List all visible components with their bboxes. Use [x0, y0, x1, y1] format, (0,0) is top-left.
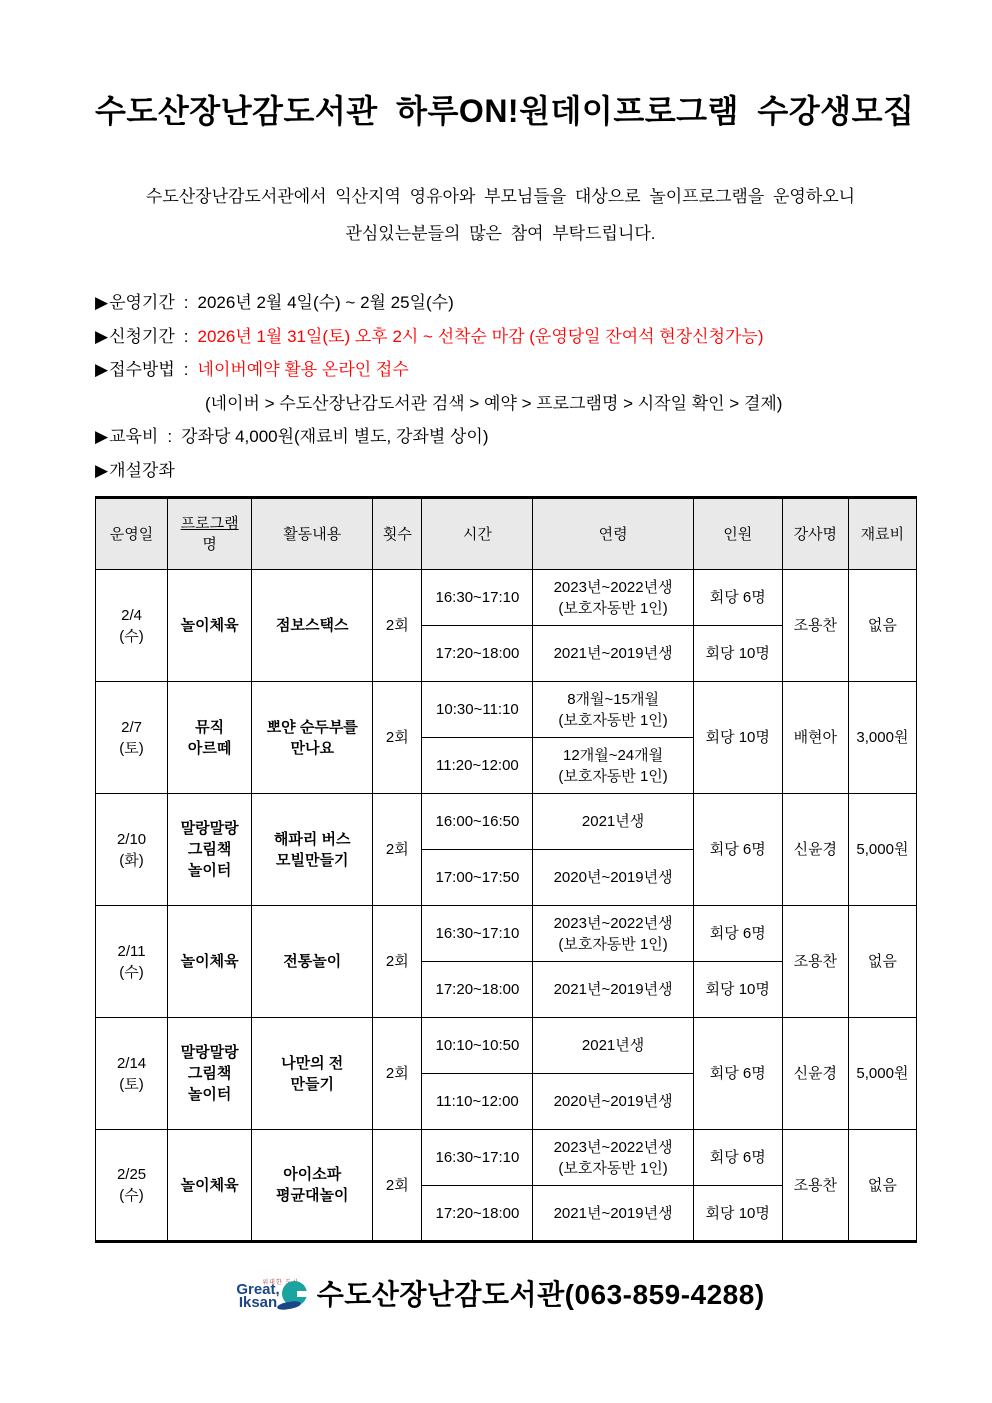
table-row: 2/25 (수) 놀이체육 아이소파 평균대놀이 2회 16:30~17:10 … [96, 1130, 917, 1186]
header-count: 횟수 [373, 498, 422, 570]
cell-teacher: 배현아 [782, 682, 848, 794]
table-row: 2/14 (토) 말랑말랑 그림책 놀이터 나만의 전 만들기 2회 10:10… [96, 1018, 917, 1074]
cell-date: 2/7 (토) [96, 682, 168, 794]
cell-date: 2/11 (수) [96, 906, 168, 1018]
cell-activity: 전통놀이 [252, 906, 373, 1018]
cell-fee: 5,000원 [848, 794, 916, 906]
separator: : [184, 293, 189, 312]
info-line-application-period: ▶신청기간:2026년 1월 31일(토) 오후 2시 ~ 선착순 마감 (운영… [95, 320, 906, 354]
bullet-triangle-icon: ▶ [95, 427, 108, 446]
cell-teacher: 조용찬 [782, 570, 848, 682]
cell-age: 2021년~2019년생 [533, 1186, 693, 1242]
cell-capacity: 회당 6명 [693, 1130, 782, 1186]
logo-line2: Iksan [239, 1294, 277, 1311]
table-header-row: 운영일 프로그램명 활동내용 횟수 시간 연령 인원 강사명 재료비 [96, 498, 917, 570]
cell-age: 2023년~2022년생 (보호자동반 1인) [533, 906, 693, 962]
separator: : [184, 327, 189, 346]
cell-time: 16:30~17:10 [422, 570, 533, 626]
cell-count: 2회 [373, 906, 422, 1018]
cell-age: 2023년~2022년생 (보호자동반 1인) [533, 570, 693, 626]
library-phone: (063-859-4288) [565, 1279, 765, 1310]
naver-booking-steps-note: (네이버 > 수도산장난감도서관 검색 > 예약 > 프로그램명 > 시작일 확… [205, 387, 906, 421]
cell-capacity: 회당 10명 [693, 1186, 782, 1242]
cell-age: 2020년~2019년생 [533, 850, 693, 906]
table-row: 2/10 (화) 말랑말랑 그림책 놀이터 해파리 버스 모빌만들기 2회 16… [96, 794, 917, 850]
cell-capacity: 회당 6명 [693, 570, 782, 626]
header-fee: 재료비 [848, 498, 916, 570]
library-name-and-phone: 수도산장난감도서관(063-859-4288) [317, 1273, 765, 1313]
info-line-operating-period: ▶운영기간:2026년 2월 4일(수) ~ 2월 25일(수) [95, 286, 906, 320]
cell-capacity: 회당 6명 [693, 794, 782, 906]
header-time: 시간 [422, 498, 533, 570]
cell-count: 2회 [373, 682, 422, 794]
header-age: 연령 [533, 498, 693, 570]
cell-time: 17:20~18:00 [422, 962, 533, 1018]
separator: : [167, 427, 172, 446]
cell-age: 8개월~15개월 (보호자동반 1인) [533, 682, 693, 738]
cell-capacity: 회당 6명 [693, 1018, 782, 1130]
cell-time: 10:30~11:10 [422, 682, 533, 738]
cell-time: 10:10~10:50 [422, 1018, 533, 1074]
cell-capacity: 회당 10명 [693, 626, 782, 682]
info-section: ▶운영기간:2026년 2월 4일(수) ~ 2월 25일(수) ▶신청기간:2… [95, 286, 906, 487]
cell-teacher: 조용찬 [782, 906, 848, 1018]
header-program-line2: 명 [169, 534, 250, 555]
cell-teacher: 신윤경 [782, 794, 848, 906]
cell-time: 11:20~12:00 [422, 738, 533, 794]
great-iksan-logo: 위대한 도시 Great, Iksan [236, 1277, 308, 1309]
cell-time: 16:00~16:50 [422, 794, 533, 850]
cell-program: 놀이체육 [168, 1130, 252, 1242]
cell-count: 2회 [373, 1130, 422, 1242]
info-value: 강좌당 4,000원(재료비 별도, 강좌별 상이) [181, 427, 488, 446]
header-teacher: 강사명 [782, 498, 848, 570]
bullet-triangle-icon: ▶ [95, 327, 108, 346]
cell-program: 놀이체육 [168, 906, 252, 1018]
cell-capacity: 회당 6명 [693, 906, 782, 962]
cell-fee: 없음 [848, 570, 916, 682]
cell-time: 16:30~17:10 [422, 1130, 533, 1186]
info-line-application-method: ▶접수방법:네이버예약 활용 온라인 접수 [95, 353, 906, 387]
table-row: 2/7 (토) 뮤직 아르떼 뽀얀 순두부를 만나요 2회 10:30~11:1… [96, 682, 917, 738]
cell-program: 말랑말랑 그림책 놀이터 [168, 1018, 252, 1130]
footer: 위대한 도시 Great, Iksan 수도산장난감도서관(063-859-42… [95, 1273, 906, 1313]
course-schedule-table: 운영일 프로그램명 활동내용 횟수 시간 연령 인원 강사명 재료비 2/4 (… [95, 496, 917, 1243]
cell-count: 2회 [373, 570, 422, 682]
cell-fee: 없음 [848, 906, 916, 1018]
cell-age: 2021년생 [533, 1018, 693, 1074]
intro-paragraph: 수도산장난감도서관에서 익산지역 영유아와 부모님들을 대상으로 놀이프로그램을… [95, 178, 906, 252]
info-value-highlight: 네이버예약 활용 온라인 접수 [198, 360, 409, 379]
logo-wordmark: Great, Iksan [236, 1283, 279, 1309]
cell-age: 2023년~2022년생 (보호자동반 1인) [533, 1130, 693, 1186]
intro-line-2: 관심있는분들의 많은 참여 부탁드립니다. [95, 215, 906, 252]
cell-program: 말랑말랑 그림책 놀이터 [168, 794, 252, 906]
header-date: 운영일 [96, 498, 168, 570]
cell-activity: 뽀얀 순두부를 만나요 [252, 682, 373, 794]
cell-capacity: 회당 10명 [693, 962, 782, 1018]
cell-fee: 없음 [848, 1130, 916, 1242]
cell-fee: 5,000원 [848, 1018, 916, 1130]
info-value: 2026년 2월 4일(수) ~ 2월 25일(수) [198, 293, 454, 312]
cell-capacity: 회당 10명 [693, 682, 782, 794]
cell-fee: 3,000원 [848, 682, 916, 794]
info-label: 운영기간 [109, 293, 175, 312]
info-line-courses: ▶개설강좌 [95, 454, 906, 488]
cell-age: 2021년생 [533, 794, 693, 850]
library-name: 수도산장난감도서관 [317, 1279, 565, 1310]
info-line-tuition: ▶교육비:강좌당 4,000원(재료비 별도, 강좌별 상이) [95, 420, 906, 454]
info-label: 개설강좌 [109, 461, 175, 480]
intro-line-1: 수도산장난감도서관에서 익산지역 영유아와 부모님들을 대상으로 놀이프로그램을… [95, 178, 906, 215]
cell-count: 2회 [373, 1018, 422, 1130]
document-page: 수도산장난감도서관 하루ON!원데이프로그램 수강생모집 수도산장난감도서관에서… [0, 0, 992, 1313]
header-program: 프로그램명 [168, 498, 252, 570]
cell-date: 2/25 (수) [96, 1130, 168, 1242]
cell-age: 2021년~2019년생 [533, 962, 693, 1018]
cell-teacher: 조용찬 [782, 1130, 848, 1242]
info-label: 신청기간 [109, 327, 175, 346]
info-label: 접수방법 [109, 360, 175, 379]
iksan-g-swirl-icon [282, 1281, 309, 1308]
bullet-triangle-icon: ▶ [95, 461, 108, 480]
table-row: 2/4 (수) 놀이체육 점보스택스 2회 16:30~17:10 2023년~… [96, 570, 917, 626]
page-title: 수도산장난감도서관 하루ON!원데이프로그램 수강생모집 [95, 86, 906, 132]
info-value-highlight: 2026년 1월 31일(토) 오후 2시 ~ 선착순 마감 (운영당일 잔여석… [198, 327, 764, 346]
cell-age: 2021년~2019년생 [533, 626, 693, 682]
header-program-line1: 프로그램 [169, 513, 250, 534]
cell-time: 17:20~18:00 [422, 1186, 533, 1242]
cell-date: 2/4 (수) [96, 570, 168, 682]
cell-time: 16:30~17:10 [422, 906, 533, 962]
cell-activity: 나만의 전 만들기 [252, 1018, 373, 1130]
cell-program: 놀이체육 [168, 570, 252, 682]
cell-date: 2/14 (토) [96, 1018, 168, 1130]
cell-time: 17:00~17:50 [422, 850, 533, 906]
cell-activity: 점보스택스 [252, 570, 373, 682]
header-capacity: 인원 [693, 498, 782, 570]
separator: : [184, 360, 189, 379]
header-activity: 활동내용 [252, 498, 373, 570]
table-row: 2/11 (수) 놀이체육 전통놀이 2회 16:30~17:10 2023년~… [96, 906, 917, 962]
bullet-triangle-icon: ▶ [95, 293, 108, 312]
cell-count: 2회 [373, 794, 422, 906]
bullet-triangle-icon: ▶ [95, 360, 108, 379]
cell-activity: 해파리 버스 모빌만들기 [252, 794, 373, 906]
cell-activity: 아이소파 평균대놀이 [252, 1130, 373, 1242]
cell-age: 2020년~2019년생 [533, 1074, 693, 1130]
cell-date: 2/10 (화) [96, 794, 168, 906]
cell-time: 11:10~12:00 [422, 1074, 533, 1130]
cell-program: 뮤직 아르떼 [168, 682, 252, 794]
cell-age: 12개월~24개월 (보호자동반 1인) [533, 738, 693, 794]
cell-teacher: 신윤경 [782, 1018, 848, 1130]
cell-time: 17:20~18:00 [422, 626, 533, 682]
info-label: 교육비 [109, 427, 158, 446]
